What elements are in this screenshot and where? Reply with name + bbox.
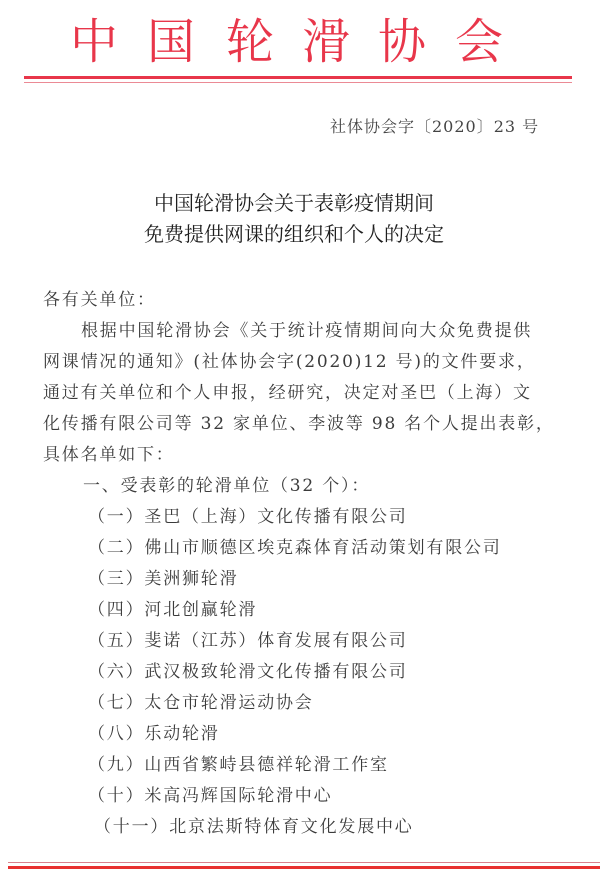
document-number: 社体协会字〔2020〕23 号 [330, 116, 539, 138]
unit-list-item: （九）山西省繁峙县德祥轮滑工作室 [43, 750, 555, 781]
salutation: 各有关单位： [43, 285, 555, 316]
unit-list-item: （二）佛山市顺德区埃克森体育活动策划有限公司 [43, 533, 555, 564]
footer-rule-thick [8, 866, 600, 869]
paragraph-line: 通过有关单位和个人申报，经研究，决定对圣巴（上海）文 [43, 378, 555, 409]
paragraph-line: 具体名单如下： [43, 440, 555, 471]
unit-list-item: （十）米高冯辉国际轮滑中心 [43, 781, 555, 812]
unit-list-item: （五）斐诺（江苏）体育发展有限公司 [43, 626, 555, 657]
paragraph-line: 网课情况的通知》(社体协会字(2020)12 号)的文件要求， [43, 347, 555, 378]
footer-rule-thin [8, 862, 600, 863]
document-body: 各有关单位： 根据中国轮滑协会《关于统计疫情期间向大众免费提供 网课情况的通知》… [43, 285, 555, 843]
masthead-char: 滑 [302, 14, 350, 70]
header-rule-thin [24, 82, 572, 83]
unit-list-item: （七）太仓市轮滑运动协会 [43, 688, 555, 719]
paragraph-line: 化传播有限公司等 32 家单位、李波等 98 名个人提出表彰， [43, 409, 555, 440]
section-heading: 一、受表彰的轮滑单位（32 个）： [43, 471, 555, 502]
unit-list-item: （四）河北创赢轮滑 [43, 595, 555, 626]
unit-list-item: （一）圣巴（上海）文化传播有限公司 [43, 502, 555, 533]
title-line-1: 中国轮滑协会关于表彰疫情期间 [0, 188, 594, 219]
masthead-char: 会 [455, 14, 503, 70]
document-title: 中国轮滑协会关于表彰疫情期间 免费提供网课的组织和个人的决定 [0, 188, 594, 250]
paragraph-line: 根据中国轮滑协会《关于统计疫情期间向大众免费提供 [43, 316, 555, 347]
masthead-char: 中 [70, 14, 118, 70]
unit-list-item: （六）武汉极致轮滑文化传播有限公司 [43, 657, 555, 688]
title-line-2: 免费提供网课的组织和个人的决定 [0, 219, 594, 250]
unit-list-item: （十一）北京法斯特体育文化发展中心 [43, 812, 555, 843]
masthead-char: 协 [378, 14, 426, 70]
masthead-char: 轮 [226, 14, 274, 70]
masthead-char: 国 [147, 14, 195, 70]
unit-list-item: （三）美洲狮轮滑 [43, 564, 555, 595]
header-rule-thick [24, 76, 572, 79]
masthead: 中 国 轮 滑 协 会 [0, 14, 600, 70]
unit-list-item: （八）乐动轮滑 [43, 719, 555, 750]
